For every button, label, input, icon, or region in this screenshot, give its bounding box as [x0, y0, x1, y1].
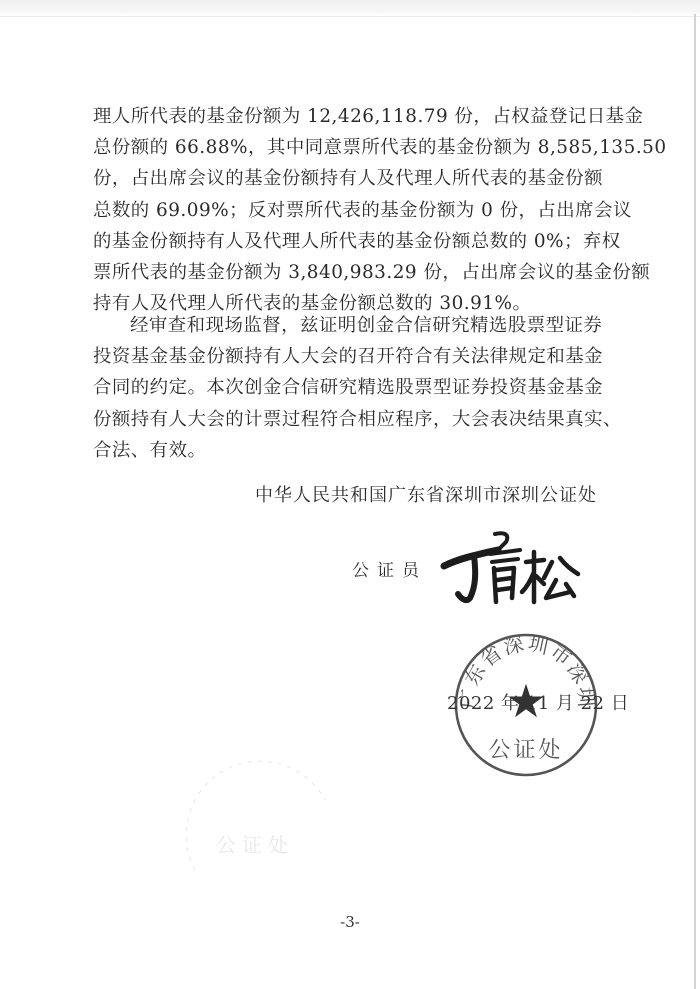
text-line: 经审查和现场监督，兹证明创金合信研究精选股票型证券 — [93, 310, 613, 341]
text-line: 合法、有效。 — [93, 435, 613, 466]
text-line: 份额持有人大会的计票过程符合相应程序，大会表决结果真实、 — [93, 404, 613, 435]
page-right-edge — [694, 14, 696, 989]
notary-label: 公证员 — [352, 556, 427, 581]
page-number: -3- — [0, 913, 700, 931]
page-top-edge — [0, 0, 700, 17]
text-line: 投资基金基金份额持有人大会的召开符合有关法律规定和基金 — [93, 341, 613, 372]
text-line: 的基金份额持有人及代理人所代表的基金份额总数的 0%；弃权 — [93, 226, 613, 257]
faint-seal-impression: 公证处 — [175, 760, 335, 880]
text-line: 合同的约定。本次创金合信研究精选股票型证券投资基金基金 — [93, 372, 613, 403]
certification-paragraph: 经审查和现场监督，兹证明创金合信研究精选股票型证券 投资基金基金份额持有人大会的… — [93, 310, 613, 466]
issuing-office: 中华人民共和国广东省深圳市深圳公证处 — [255, 481, 597, 507]
text-line: 总数的 69.09%；反对票所代表的基金份额为 0 份，占出席会议 — [93, 195, 613, 226]
signing-date: 2022 年 11 月 22 日 — [447, 689, 629, 715]
seal-bottom-text: 公证处 — [488, 738, 563, 763]
faint-seal-text: 公证处 — [216, 833, 294, 857]
text-line: 票所代表的基金份额为 3,840,983.29 份，占出席会议的基金份额 — [93, 257, 613, 288]
notary-signature — [440, 528, 585, 608]
text-line: 理人所代表的基金份额为 12,426,118.79 份，占权益登记日基金 — [93, 101, 613, 132]
text-line: 总份额的 66.88%，其中同意票所代表的基金份额为 8,585,135.50 — [93, 132, 613, 163]
text-line: 份，占出席会议的基金份额持有人及代理人所代表的基金份额 — [93, 163, 613, 194]
vote-results-paragraph: 理人所代表的基金份额为 12,426,118.79 份，占权益登记日基金 总份额… — [93, 101, 613, 319]
